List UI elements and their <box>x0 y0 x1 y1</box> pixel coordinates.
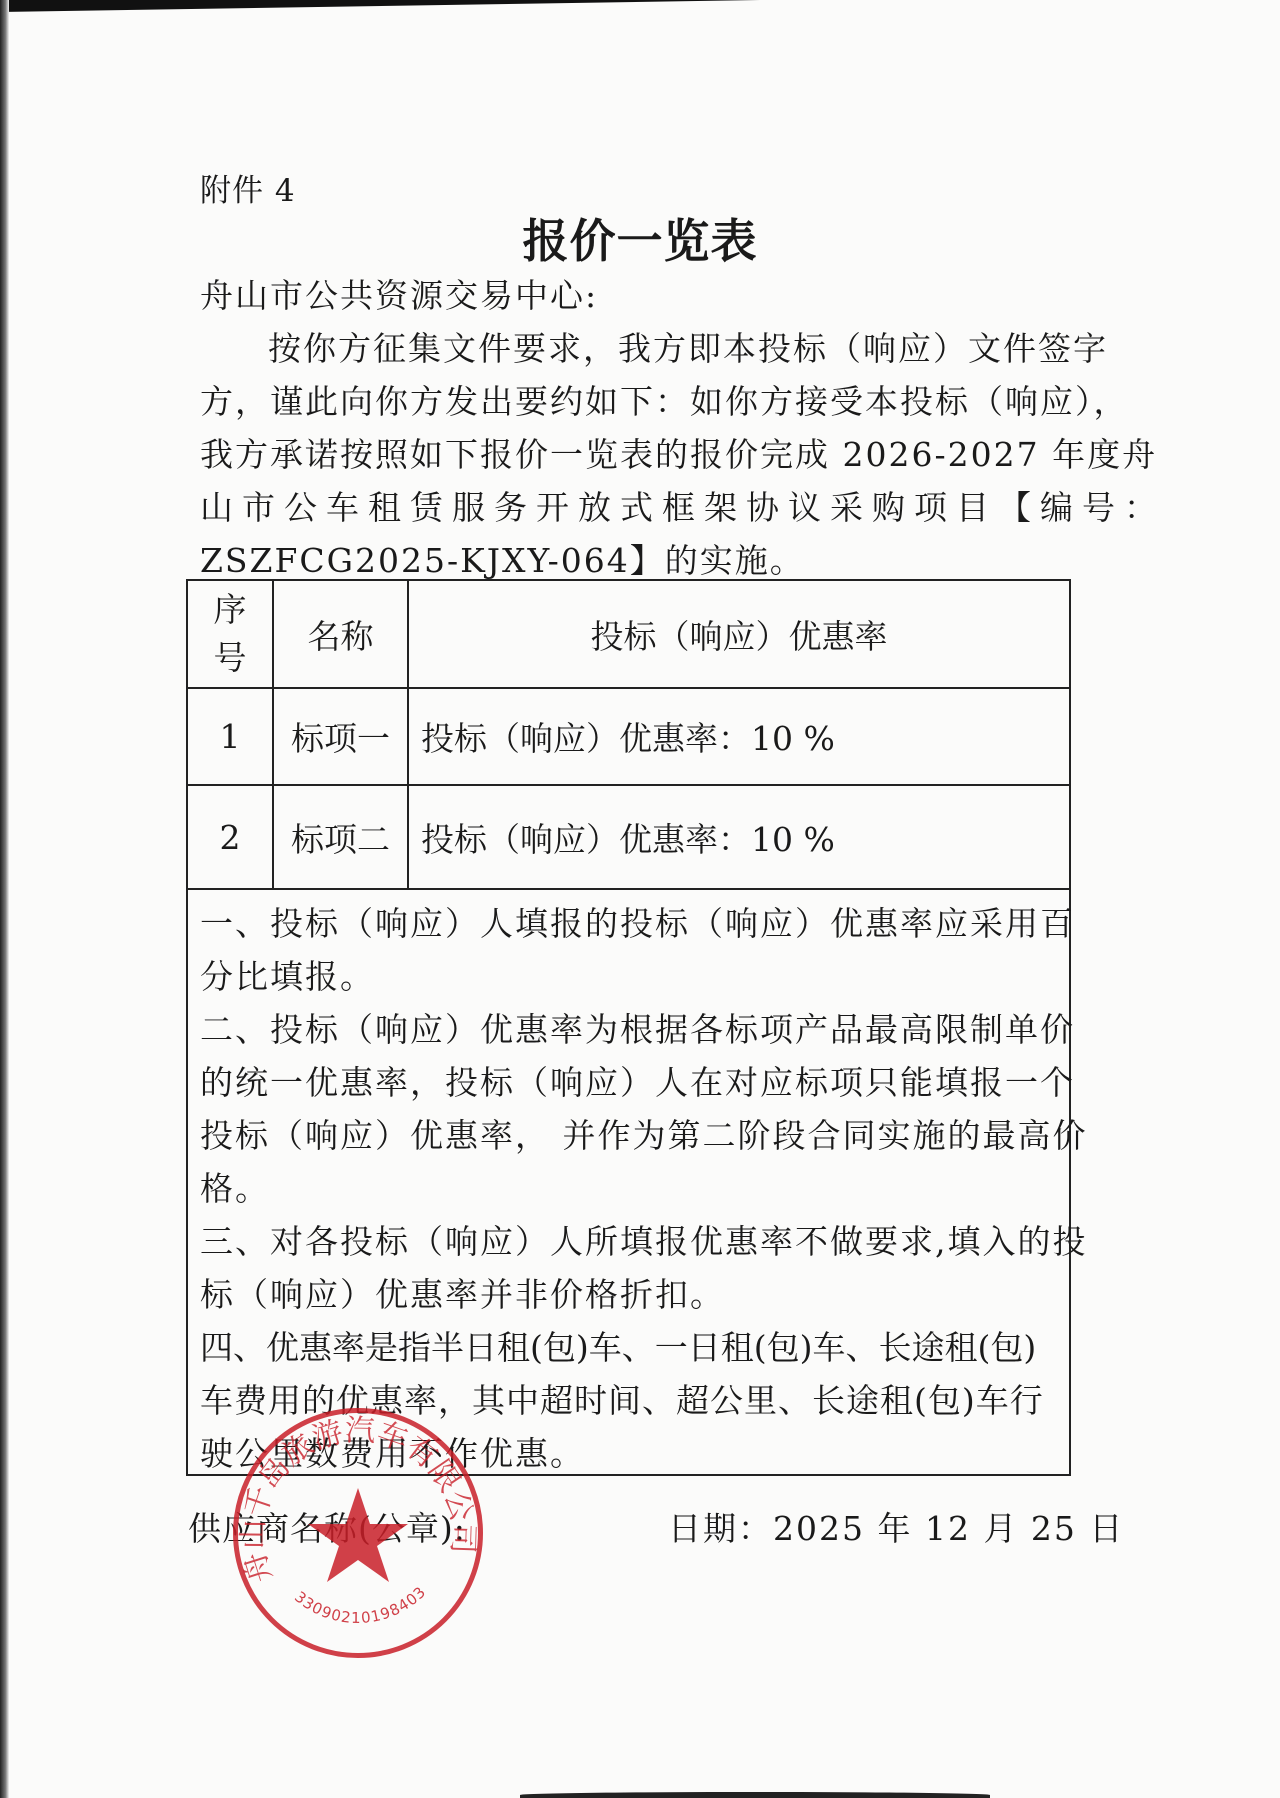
date-label: 日期：2025 年 12 月 25 日 <box>668 1503 1124 1550</box>
table-row: 2 标项二 投标（响应）优惠率：10 % <box>187 785 1070 889</box>
header-name: 名称 <box>273 580 408 688</box>
note-line: 三、对各投标（响应）人所填报优惠率不做要求,填入的投 <box>200 1216 1058 1263</box>
note-line: 四、优惠率是指半日租(包)车、一日租(包)车、长途租(包) <box>200 1322 1058 1369</box>
document-page: 附件 4 报价一览表 舟山市公共资源交易中心: 按你方征集文件要求，我方即本投标… <box>0 0 1280 1798</box>
cell-seq: 2 <box>187 785 273 889</box>
paragraph-line: 按你方征集文件要求，我方即本投标（响应）文件签字 <box>268 323 1080 370</box>
supplier-name-label: 供应商名称(公章): <box>188 1503 466 1550</box>
seal-number: 33090210198403 <box>291 1583 430 1627</box>
notes-box: 一、投标（响应）人填报的投标（响应）优惠率应采用百 分比填报。 二、投标（响应）… <box>186 888 1071 1476</box>
note-line: 格。 <box>200 1163 1058 1210</box>
addressee: 舟山市公共资源交易中心: <box>200 270 1080 317</box>
note-line: 二、投标（响应）优惠率为根据各标项产品最高限制单价 <box>200 1004 1058 1051</box>
svg-text:33090210198403: 33090210198403 <box>291 1583 430 1627</box>
note-line: 驶公里数费用不作优惠。 <box>200 1428 1058 1475</box>
note-line: 投标（响应）优惠率， 并作为第二阶段合同实施的最高价 <box>200 1110 1058 1157</box>
paragraph-line: 山市公车租赁服务开放式框架协议采购项目【编号： <box>200 482 1080 529</box>
cell-rate: 投标（响应）优惠率：10 % <box>408 785 1070 889</box>
cell-name: 标项一 <box>273 688 408 785</box>
table-row: 1 标项一 投标（响应）优惠率：10 % <box>187 688 1070 785</box>
note-line: 标（响应）优惠率并非价格折扣。 <box>200 1269 1058 1316</box>
table-header-row: 序 号 名称 投标（响应）优惠率 <box>187 580 1070 688</box>
document-title: 报价一览表 <box>0 205 1280 271</box>
paragraph-line: 方，谨此向你方发出要约如下：如你方接受本投标（响应）， <box>200 376 1080 423</box>
cell-rate: 投标（响应）优惠率：10 % <box>408 688 1070 785</box>
quote-table: 序 号 名称 投标（响应）优惠率 1 标项一 投标（响应）优惠率：10 % 2 … <box>186 579 1071 890</box>
paragraph-line: 我方承诺按照如下报价一览表的报价完成 2026-2027 年度舟 <box>200 429 1080 476</box>
header-rate: 投标（响应）优惠率 <box>408 580 1070 688</box>
paragraph-line: ZSZFCG2025-KJXY-064】的实施。 <box>200 535 1080 582</box>
header-seq: 序 号 <box>187 580 273 688</box>
note-line: 一、投标（响应）人填报的投标（响应）优惠率应采用百 <box>200 898 1058 945</box>
attachment-label: 附件 4 <box>200 165 296 210</box>
cell-name: 标项二 <box>273 785 408 889</box>
note-line: 的统一优惠率，投标（响应）人在对应标项只能填报一个 <box>200 1057 1058 1104</box>
header-seq-char: 序 <box>214 590 247 629</box>
note-line: 分比填报。 <box>200 951 1058 998</box>
header-seq-char: 号 <box>214 638 247 677</box>
cell-seq: 1 <box>187 688 273 785</box>
note-line: 车费用的优惠率，其中超时间、超公里、长途租(包)车行 <box>200 1375 1058 1422</box>
